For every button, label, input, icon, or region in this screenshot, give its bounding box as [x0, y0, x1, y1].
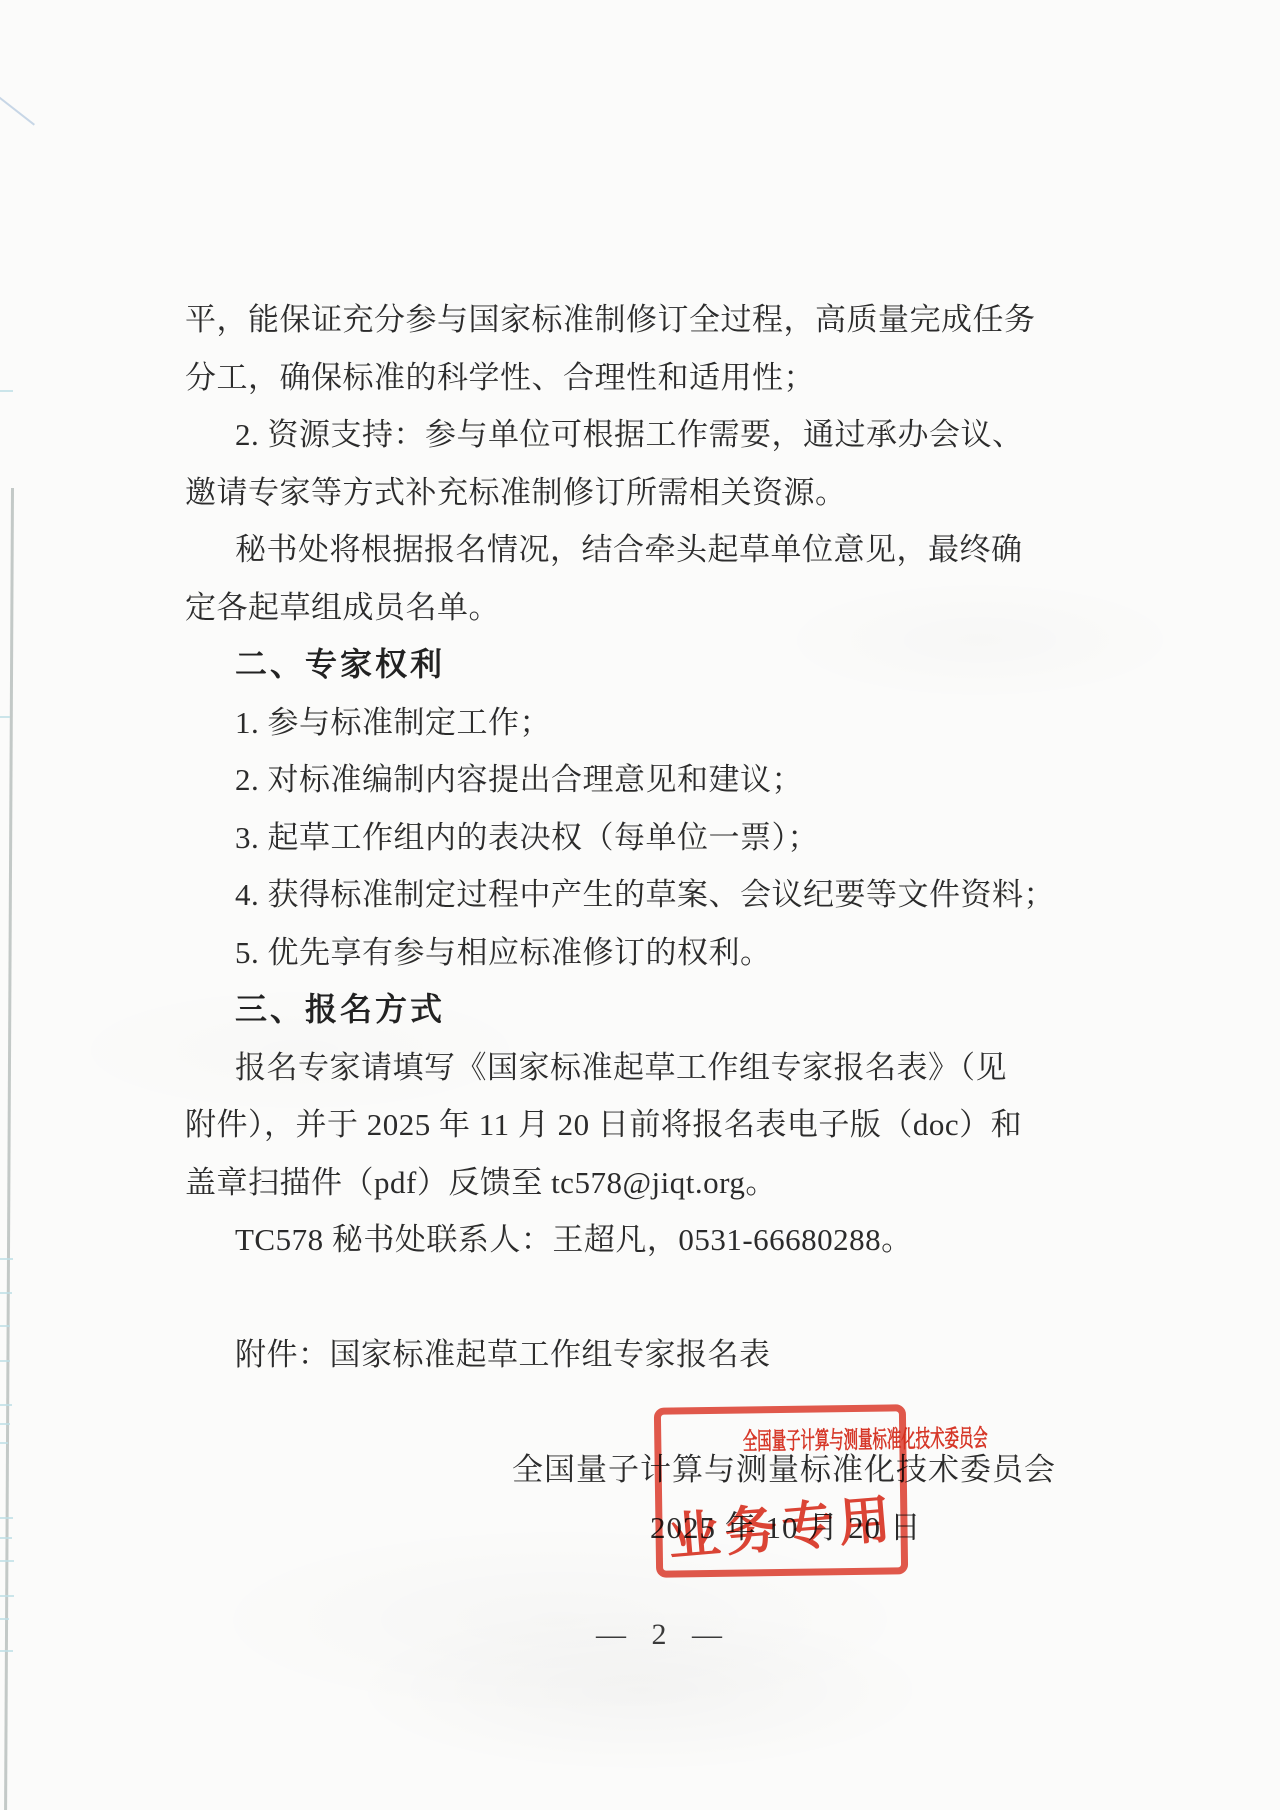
text-line: 4. 获得标准制定过程中产生的草案、会议纪要等文件资料； [185, 866, 1195, 924]
text-line: 报名专家请填写《国家标准起草工作组专家报名表》（见 [185, 1039, 1195, 1097]
section-heading: 三、报名方式 [185, 981, 1195, 1039]
text-line: 分工，确保标准的科学性、合理性和适用性； [185, 349, 1195, 407]
ruled-line-tick [0, 1292, 12, 1294]
text-line: 附件），并于 2025 年 11 月 20 日前将报名表电子版（doc）和 [185, 1096, 1195, 1154]
ruled-line-tick [0, 1517, 13, 1519]
text-line: 盖章扫描件（pdf）反馈至 tc578@jiqt.org。 [185, 1154, 1195, 1212]
ruled-line-tick [0, 716, 10, 718]
text-line: 3. 起草工作组内的表决权（每单位一票）； [185, 809, 1195, 867]
text-line: 平，能保证充分参与国家标准制修订全过程，高质量完成任务 [185, 291, 1195, 349]
stamp-purpose-text: 业务专用 [660, 1476, 903, 1571]
text-line: 附件：国家标准起草工作组专家报名表 [185, 1326, 1195, 1384]
stamp-committee-name: 全国量子计算与测量标准化技术委员会 [661, 1419, 899, 1457]
text-line: 秘书处将根据报名情况，结合牵头起草单位意见，最终确 [185, 521, 1195, 579]
text-line: 1. 参与标准制定工作； [185, 694, 1195, 752]
text-line: 5. 优先享有参与相应标准修订的权利。 [185, 924, 1195, 982]
text-line: 邀请专家等方式补充标准制修订所需相关资源。 [185, 464, 1195, 522]
ruled-line-tick [0, 1618, 9, 1620]
ruled-line-tick [0, 1595, 14, 1597]
ruled-line-tick [0, 1423, 10, 1425]
ruled-line-tick [0, 1442, 8, 1444]
ruled-line-tick [0, 1650, 13, 1652]
ruled-line-tick [0, 1404, 12, 1406]
section-heading: 二、专家权利 [185, 636, 1195, 694]
scan-edge-mark [0, 92, 35, 125]
official-red-stamp: 全国量子计算与测量标准化技术委员会 业务专用 [654, 1404, 908, 1578]
ruled-line-tick [0, 1537, 12, 1539]
ruled-line-tick [0, 1325, 10, 1327]
text-line: TC578 秘书处联系人：王超凡，0531-66680288。 [185, 1211, 1195, 1269]
text-line: 2. 对标准编制内容提出合理意见和建议； [185, 751, 1195, 809]
text-line: 定各起草组成员名单。 [185, 579, 1195, 637]
text-line [185, 1269, 1195, 1327]
scanned-document-page: 平，能保证充分参与国家标准制修订全过程，高质量完成任务分工，确保标准的科学性、合… [0, 0, 1280, 1810]
ruled-line-tick [0, 1360, 10, 1362]
scan-edge-line [4, 488, 13, 1810]
page-number: — 2 — [596, 1618, 724, 1652]
ruled-line-tick [0, 390, 13, 392]
ruled-line-tick [0, 1258, 13, 1260]
document-text-block: 平，能保证充分参与国家标准制修订全过程，高质量完成任务分工，确保标准的科学性、合… [185, 291, 1195, 1556]
ruled-line-tick [0, 1560, 14, 1562]
text-line: 2. 资源支持：参与单位可根据工作需要，通过承办会议、 [185, 406, 1195, 464]
